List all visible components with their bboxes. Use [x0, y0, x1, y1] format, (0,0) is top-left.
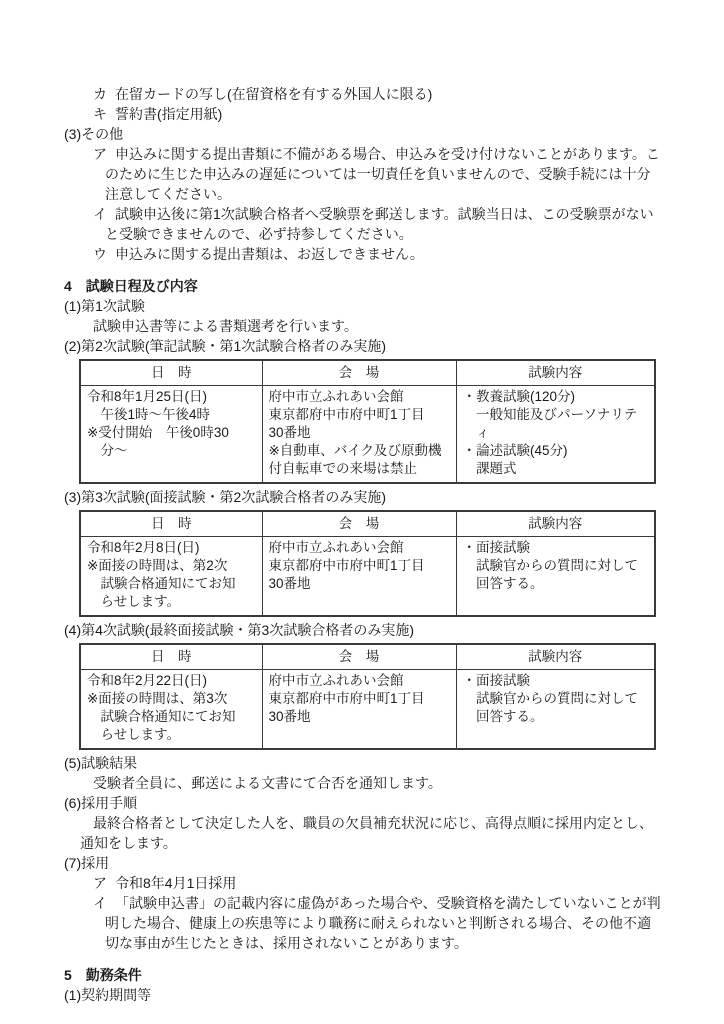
list-item-text: 申込みに関する提出書類に不備がある場合、申込みを受け付けないことがあります。この… [105, 146, 660, 202]
first-exam-heading: (1)第1次試験 [64, 296, 664, 316]
list-item-ki: キ誓約書(指定用紙) [64, 104, 664, 124]
list-item-text: 令和8年4月1日採用 [107, 875, 236, 891]
employment-item-i: イ「試験申込書」の記載内容に虚偽があった場合や、受験資格を満たしていないことが判… [64, 893, 664, 953]
list-item-label: ア [93, 873, 107, 893]
second-exam-table: 日 時 会 場 試験内容 令和8年1月25日(日) 午後1時～午後4時 ※受付開… [79, 359, 656, 484]
exam-result-body: 受験者全員に、郵送による文書にて合否を通知します。 [80, 773, 664, 793]
cell-venue: 府中市立ふれあい会館 東京都府中市府中町1丁目 30番地 ※自動車、バイク及び原… [262, 386, 456, 484]
table-header-row: 日 時 会 場 試験内容 [80, 644, 655, 670]
cell-datetime: 令和8年2月8日(日) ※面接の時間は、第2次 試験合格通知にてお知 らせします… [80, 537, 262, 617]
table-row: 令和8年1月25日(日) 午後1時～午後4時 ※受付開始 午後0時30 分～ 府… [80, 386, 655, 484]
section4-heading: 4 試験日程及び内容 [64, 276, 664, 296]
employment-item-a: ア令和8年4月1日採用 [64, 873, 664, 893]
table-row: 令和8年2月22日(日) ※面接の時間は、第3次 試験合格通知にてお知 らせしま… [80, 670, 655, 750]
list-item-label: カ [93, 84, 107, 104]
hiring-procedure-body: 最終合格者として決定した人を、職員の欠員補充状況に応じ、高得点順に採用内定とし、… [80, 813, 664, 853]
list-item-label: イ [93, 204, 107, 224]
hiring-procedure-heading: (6)採用手順 [64, 793, 664, 813]
cell-venue: 府中市立ふれあい会館 東京都府中市府中町1丁目 30番地 [262, 537, 456, 617]
document-page: カ在留カードの写し(在留資格を有する外国人に限る) キ誓約書(指定用紙) (3)… [0, 0, 724, 1024]
col-header-datetime: 日 時 [80, 644, 262, 670]
cell-datetime: 令和8年2月22日(日) ※面接の時間は、第3次 試験合格通知にてお知 らせしま… [80, 670, 262, 750]
list-item-ka: カ在留カードの写し(在留資格を有する外国人に限る) [64, 84, 664, 104]
fourth-exam-heading: (4)第4次試験(最終面接試験・第3次試験合格者のみ実施) [64, 620, 664, 640]
cell-content: ・教養試験(120分) 一般知能及びパーソナリテ ィ ・論述試験(45分) 課題… [456, 386, 655, 484]
cell-content: ・面接試験 試験官からの質問に対して 回答する。 [456, 670, 655, 750]
list-item-text: 申込みに関する提出書類は、お返しできません。 [107, 246, 424, 262]
col-header-content: 試験内容 [456, 644, 655, 670]
list-item-a: ア申込みに関する提出書類に不備がある場合、申込みを受け付けないことがあります。こ… [64, 144, 664, 204]
list-item-i: イ試験申込後に第1次試験合格者へ受験票を郵送します。試験当日は、この受験票がない… [64, 204, 664, 244]
third-exam-heading: (3)第3次試験(面接試験・第2次試験合格者のみ実施) [64, 487, 664, 507]
table-header-row: 日 時 会 場 試験内容 [80, 360, 655, 386]
employment-heading: (7)採用 [64, 853, 664, 873]
col-header-content: 試験内容 [456, 511, 655, 537]
list-item-label: ウ [93, 244, 107, 264]
list-item-label: ア [93, 144, 107, 164]
list-item-text: 試験申込後に第1次試験合格者へ受験票を郵送します。試験当日は、この受験票がないと… [105, 206, 654, 242]
exam-result-heading: (5)試験結果 [64, 753, 664, 773]
list-item-text: 在留カードの写し(在留資格を有する外国人に限る) [107, 86, 432, 102]
table-header-row: 日 時 会 場 試験内容 [80, 511, 655, 537]
exam-schedule-section: 4 試験日程及び内容 (1)第1次試験 試験申込書等による書類選考を行います。 … [64, 276, 664, 953]
third-exam-table: 日 時 会 場 試験内容 令和8年2月8日(日) ※面接の時間は、第2次 試験合… [79, 510, 656, 617]
table-row: 令和8年2月8日(日) ※面接の時間は、第2次 試験合格通知にてお知 らせします… [80, 537, 655, 617]
other-notes-heading: (3)その他 [64, 124, 664, 144]
application-notes-section: カ在留カードの写し(在留資格を有する外国人に限る) キ誓約書(指定用紙) (3)… [64, 84, 664, 264]
col-header-datetime: 日 時 [80, 360, 262, 386]
second-exam-heading: (2)第2次試験(筆記試験・第1次試験合格者のみ実施) [64, 336, 664, 356]
list-item-text: 「試験申込書」の記載内容に虚偽があった場合や、受験資格を満たしていないことが判明… [105, 895, 661, 951]
working-conditions-section: 5 勤務条件 (1)契約期間等 [64, 965, 664, 1005]
contract-period-heading: (1)契約期間等 [64, 985, 664, 1005]
cell-content: ・面接試験 試験官からの質問に対して 回答する。 [456, 537, 655, 617]
cell-datetime: 令和8年1月25日(日) 午後1時～午後4時 ※受付開始 午後0時30 分～ [80, 386, 262, 484]
list-item-u: ウ申込みに関する提出書類は、お返しできません。 [64, 244, 664, 264]
list-item-label: イ [93, 893, 107, 913]
section5-heading: 5 勤務条件 [64, 965, 664, 985]
col-header-venue: 会 場 [262, 511, 456, 537]
list-item-label: キ [93, 104, 107, 124]
col-header-content: 試験内容 [456, 360, 655, 386]
first-exam-body: 試験申込書等による書類選考を行います。 [80, 316, 664, 336]
fourth-exam-table: 日 時 会 場 試験内容 令和8年2月22日(日) ※面接の時間は、第3次 試験… [79, 643, 656, 750]
list-item-text: 誓約書(指定用紙) [107, 106, 222, 122]
col-header-venue: 会 場 [262, 644, 456, 670]
col-header-venue: 会 場 [262, 360, 456, 386]
col-header-datetime: 日 時 [80, 511, 262, 537]
cell-venue: 府中市立ふれあい会館 東京都府中市府中町1丁目 30番地 [262, 670, 456, 750]
